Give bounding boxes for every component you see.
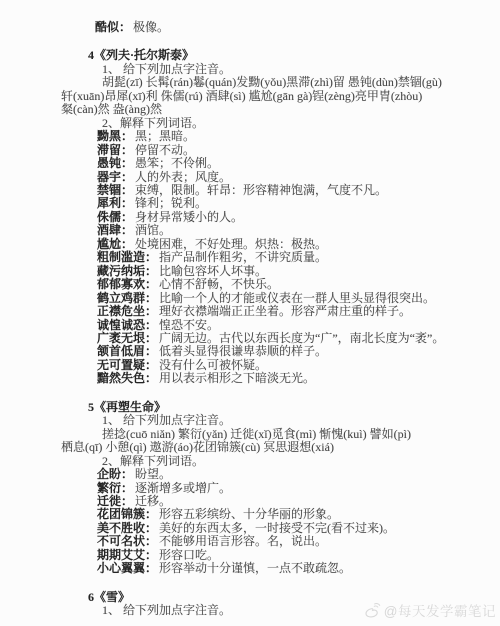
definition-term: 鹤立鸡群： bbox=[97, 291, 157, 305]
definition-term: 期期艾艾： bbox=[97, 548, 157, 562]
definition-term: 犀利： bbox=[97, 196, 133, 210]
definition-text: 黑；黑暗。 bbox=[135, 129, 195, 143]
definition-text: 用以表示相形之下暗淡无光。 bbox=[159, 371, 315, 385]
definition-term: 迁徙： bbox=[97, 494, 133, 508]
pinyin-line: 栖息(qī) 小憩(qì) 遨游(áo)花团锦簇(cù) 冥思遐想(xiá) bbox=[61, 441, 500, 454]
definition-term: 正襟危坐： bbox=[97, 304, 157, 318]
definition-text: 身材异常矮小的人。 bbox=[135, 210, 243, 224]
definition-text: 锋利；锐利。 bbox=[135, 196, 207, 210]
definition-term: 广袤无垠： bbox=[97, 331, 157, 345]
document-body: 酷似：极像。4《列夫·托尔斯泰》1、 给下列加点字注音。胡髭(zī) 长髯(rá… bbox=[0, 21, 500, 618]
definition-line: 愚钝：愚笨；不伶俐。 bbox=[97, 157, 500, 170]
definition-text: 愚笨；不伶俐。 bbox=[135, 156, 219, 170]
definition-line: 颔首低眉：低着头显得很谦卑恭顺的样子。 bbox=[97, 345, 500, 358]
definition-text: 停留不动。 bbox=[135, 143, 195, 157]
definition-text: 没有什么可被怀疑。 bbox=[159, 358, 267, 372]
definition-text: 盼望。 bbox=[135, 467, 171, 481]
definition-text: 比喻一个人的才能或仪表在一群人里头显得很突出。 bbox=[159, 291, 435, 305]
definition-line: 不可名状：不能够用语言形容。名，说出。 bbox=[97, 535, 500, 548]
definition-text: 心情不舒畅，不快乐。 bbox=[159, 277, 279, 291]
definition-line: 花团锦簇：形容五彩缤纷、十分华丽的形象。 bbox=[97, 508, 500, 521]
definition-line: 犀利：锋利；锐利。 bbox=[97, 197, 500, 210]
definition-term: 花团锦簇： bbox=[97, 507, 157, 521]
definition-term: 诚惶诚恐： bbox=[97, 318, 157, 332]
definition-line: 黯然失色：用以表示相形之下暗淡无光。 bbox=[97, 372, 500, 385]
definition-term: 器宇： bbox=[97, 170, 133, 184]
definition-term: 粗制滥造： bbox=[97, 250, 157, 264]
definition-line: 企盼：盼望。 bbox=[97, 468, 500, 481]
definition-text: 形容五彩缤纷、十分华丽的形象。 bbox=[159, 507, 339, 521]
definition-text: 酒馆。 bbox=[135, 223, 171, 237]
document-page: 酷似：极像。4《列夫·托尔斯泰》1、 给下列加点字注音。胡髭(zī) 长髯(rá… bbox=[0, 0, 500, 626]
definition-term: 颔首低眉： bbox=[97, 344, 157, 358]
definition-line: 器宇：人的外表；风度。 bbox=[97, 171, 500, 184]
definition-line: 繁衍：逐渐增多或增广。 bbox=[97, 482, 500, 495]
definition-text: 束缚，限制。轩昂：形容精神饱满，气度不凡。 bbox=[135, 183, 387, 197]
definition-line: 正襟危坐：理好衣襟端端正正坐着。形容严肃庄重的样子。 bbox=[97, 305, 500, 318]
definition-text: 美好的东西太多，一时接受不完(看不过来)。 bbox=[159, 521, 395, 535]
definition-line: 郁郁寡欢：心情不舒畅，不快乐。 bbox=[97, 278, 500, 291]
instruction-line: 1、 给下列加点字注音。 bbox=[102, 414, 500, 427]
definition-line: 诚惶诚恐：惶恐不安。 bbox=[97, 319, 500, 332]
definition-term: 小心翼翼： bbox=[97, 561, 157, 575]
definition-text: 比喻包容坏人坏事。 bbox=[159, 264, 267, 278]
definition-term: 郁郁寡欢： bbox=[97, 277, 157, 291]
definition-text: 形容口吃。 bbox=[159, 548, 219, 562]
definition-text: 极像。 bbox=[133, 20, 169, 34]
definition-line: 小心翼翼：形容举动十分谨慎，一点不敢疏忽。 bbox=[97, 562, 500, 575]
definition-line: 粗制滥造：指产品制作粗劣，不讲究质量。 bbox=[97, 251, 500, 264]
definition-term: 滞留： bbox=[97, 143, 133, 157]
definition-text: 人的外表；风度。 bbox=[135, 170, 231, 184]
section-title: 4《列夫·托尔斯泰》 bbox=[88, 49, 500, 62]
definition-line: 酷似：极像。 bbox=[95, 21, 500, 34]
definition-term: 藏污纳垢： bbox=[97, 264, 157, 278]
definition-term: 愚钝： bbox=[97, 156, 133, 170]
definition-term: 繁衍： bbox=[97, 481, 133, 495]
definition-term: 酷似： bbox=[95, 20, 131, 34]
definition-text: 逐渐增多或增广。 bbox=[135, 481, 231, 495]
definition-term: 不可名状： bbox=[97, 534, 157, 548]
watermark: @每天发学霸笔记 bbox=[364, 600, 496, 620]
watermark-text: @每天发学霸笔记 bbox=[384, 600, 496, 620]
definition-text: 广阔无边。古代以东西长度为“广”，南北长度为“袤”。 bbox=[159, 331, 444, 345]
definition-term: 企盼： bbox=[97, 467, 133, 481]
pinyin-line: 胡髭(zī) 长髯(rán)鬈(quán)发黝(yǒu)黑滞(zhì)留 愚钝(… bbox=[102, 76, 500, 89]
definition-term: 尴尬： bbox=[97, 237, 133, 251]
definition-line: 黝黑：黑；黑暗。 bbox=[97, 130, 500, 143]
definition-term: 美不胜收： bbox=[97, 521, 157, 535]
definition-term: 酒肆： bbox=[97, 223, 133, 237]
definition-term: 禁锢： bbox=[97, 183, 133, 197]
definition-text: 处境困难，不好处理。炽热：极热。 bbox=[135, 237, 327, 251]
definition-term: 侏儒： bbox=[97, 210, 133, 224]
weibo-logo-icon bbox=[363, 601, 382, 618]
definition-text: 惶恐不安。 bbox=[159, 318, 219, 332]
definition-text: 迁移。 bbox=[135, 494, 171, 508]
definition-line: 藏污纳垢：比喻包容坏人坏事。 bbox=[97, 265, 500, 278]
definition-text: 不能够用语言形容。名，说出。 bbox=[159, 534, 327, 548]
definition-text: 指产品制作粗劣，不讲究质量。 bbox=[159, 250, 327, 264]
definition-text: 形容举动十分谨慎，一点不敢疏忽。 bbox=[159, 561, 351, 575]
definition-term: 黯然失色： bbox=[97, 371, 157, 385]
definition-term: 无可置疑： bbox=[97, 358, 157, 372]
pinyin-line: 粲(càn)然 盎(àng)然 bbox=[61, 103, 500, 116]
definition-text: 理好衣襟端端正正坐着。形容严肃庄重的样子。 bbox=[159, 304, 411, 318]
definition-text: 低着头显得很谦卑恭顺的样子。 bbox=[159, 344, 327, 358]
definition-term: 黝黑： bbox=[97, 129, 133, 143]
definition-line: 酒肆：酒馆。 bbox=[97, 224, 500, 237]
